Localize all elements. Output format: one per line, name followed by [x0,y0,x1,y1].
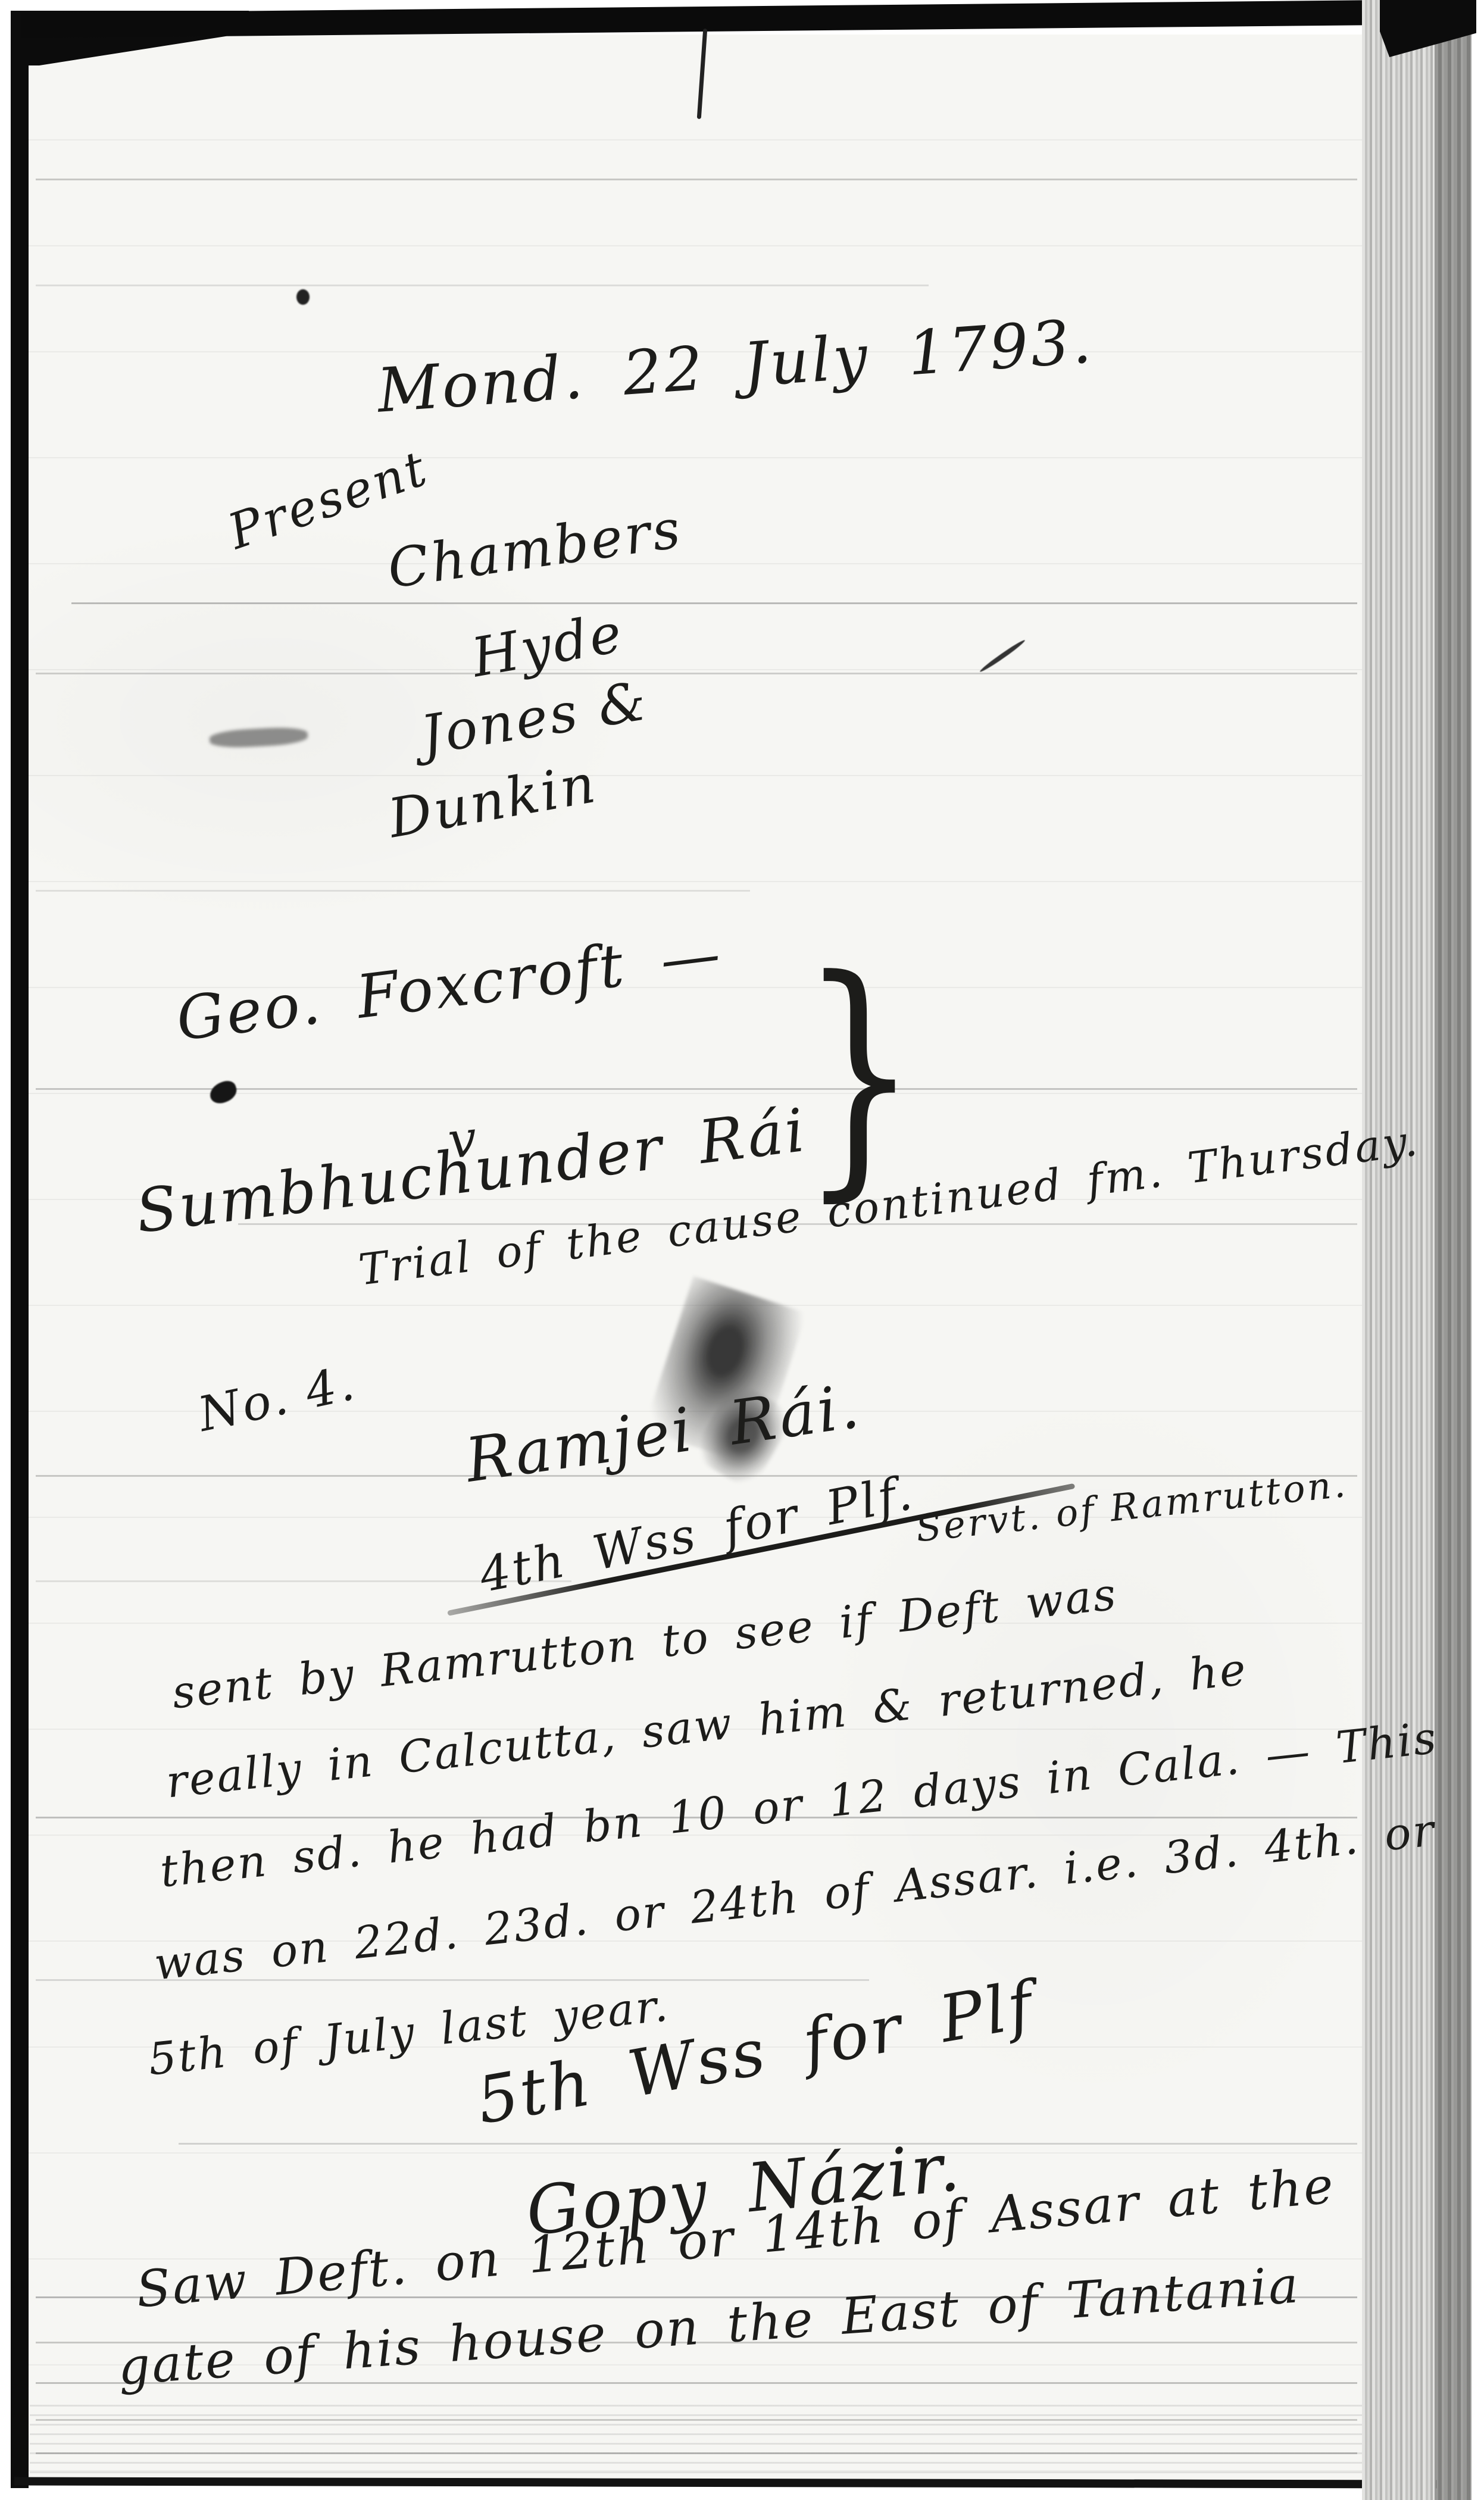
scan-line [179,2143,1357,2145]
scan-line [36,673,1357,674]
case-brace: } [801,946,920,1202]
manuscript-scan: Mond. 22 July 1793. Present Chambers Hyd… [0,0,1484,2500]
scan-line-band [30,2405,1362,2480]
scan-line [36,179,1357,180]
scan-line [71,602,1357,604]
scan-line [36,1475,1357,1477]
scan-border-top [21,0,1408,38]
scan-line [36,890,750,892]
scan-line [36,285,929,286]
ink-speck [296,289,310,305]
book-binding-edge [1362,0,1436,2500]
scan-border-left [11,18,29,2488]
book-binding-shadow [1435,0,1471,2500]
